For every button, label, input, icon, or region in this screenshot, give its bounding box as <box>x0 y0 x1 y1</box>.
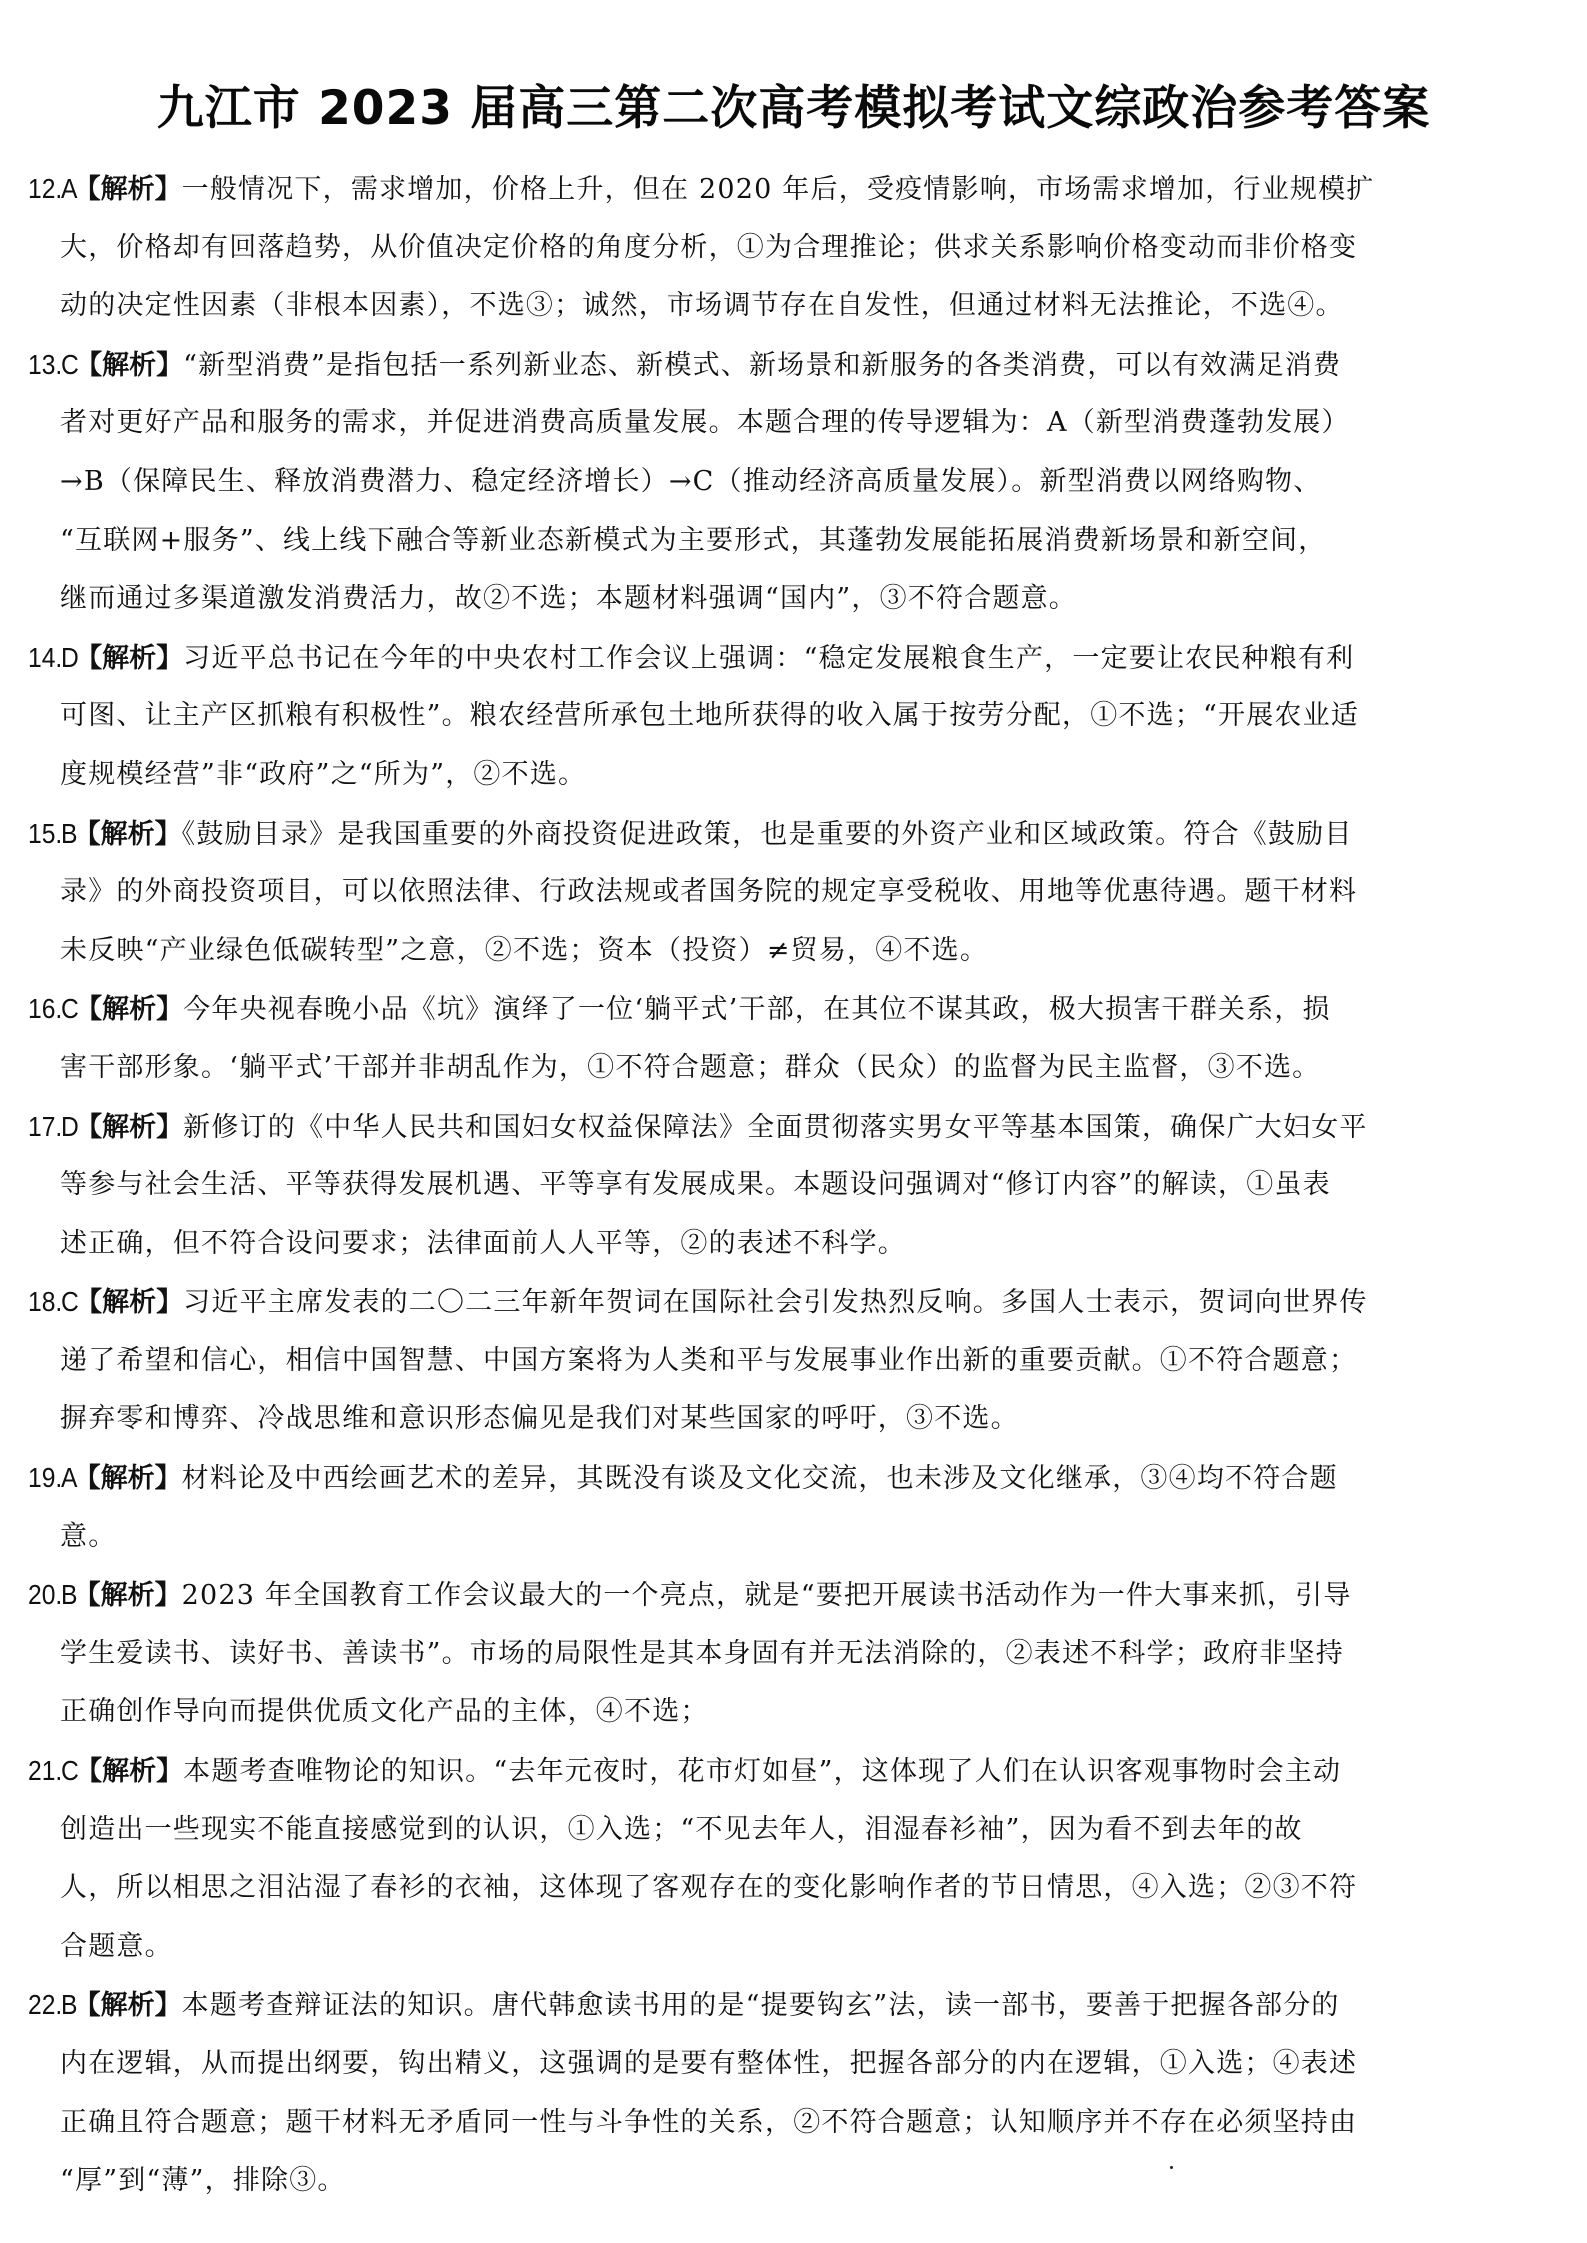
answer-line: 正确创作导向而提供优质文化产品的主体，④不选； <box>0 1683 1587 1742</box>
answer-choice: B <box>61 1566 77 1625</box>
answer-line: 者对更好产品和服务的需求，并促进消费高质量发展。本题合理的传导逻辑为：A（新型消… <box>0 394 1587 453</box>
answer-line: 等参与社会生活、平等获得发展机遇、平等享有发展成果。本题设问强调对“修订内容”的… <box>0 1156 1587 1215</box>
analysis-tag: 【解析】 <box>75 1112 183 1143</box>
question-number: 15. <box>28 805 62 864</box>
answer-item-13: 13.C【解析】“新型消费”是指包括一系列新业态、新模式、新场景和新服务的各类消… <box>0 336 1587 629</box>
answer-choice: A <box>61 1449 77 1508</box>
answer-line: 14.D【解析】习近平总书记在今年的中央农村工作会议上强调：“稳定发展粮食生产，… <box>0 629 1587 688</box>
answer-choice: D <box>61 1098 79 1157</box>
answer-item-19: 19.A【解析】材料论及中西绘画艺术的差异，其既没有谈及文化交流，也未涉及文化继… <box>0 1449 1587 1566</box>
analysis-tag: 【解析】 <box>74 1990 182 2021</box>
answer-item-18: 18.C【解析】习近平主席发表的二〇二三年新年贺词在国际社会引发热烈反响。多国人… <box>0 1273 1587 1449</box>
analysis-tag: 【解析】 <box>74 819 182 850</box>
question-number: 19. <box>28 1449 62 1508</box>
answer-line: 述正确，但不符合设问要求；法律面前人人平等，②的表述不科学。 <box>0 1215 1587 1274</box>
answer-line: 学生爱读书、读好书、善读书”。市场的局限性是其本身固有并无法消除的，②表述不科学… <box>0 1625 1587 1684</box>
question-number: 18. <box>28 1273 62 1332</box>
analysis-tag: 【解析】 <box>74 1580 182 1611</box>
answer-line: 人，所以相思之泪沾湿了春衫的衣袖，这体现了客观存在的变化影响作者的节日情思，④入… <box>0 1859 1587 1918</box>
answer-item-21: 21.C【解析】本题考查唯物论的知识。“去年元夜时，花市灯如昼”，这体现了人们在… <box>0 1742 1587 1976</box>
question-number: 14. <box>28 629 62 688</box>
question-number: 12. <box>28 160 62 219</box>
answer-text: 2023 年全国教育工作会议最大的一个亮点，就是“要把开展读书活动作为一件大事来… <box>182 1580 1352 1611</box>
answer-line: 18.C【解析】习近平主席发表的二〇二三年新年贺词在国际社会引发热烈反响。多国人… <box>0 1273 1587 1332</box>
answer-item-14: 14.D【解析】习近平总书记在今年的中央农村工作会议上强调：“稳定发展粮食生产，… <box>0 629 1587 805</box>
answer-line: 内在逻辑，从而提出纲要，钩出精义，这强调的是要有整体性，把握各部分的内在逻辑，①… <box>0 2035 1587 2094</box>
answer-line: “互联网+服务”、线上线下融合等新业态新模式为主要形式，其蓬勃发展能拓展消费新场… <box>0 512 1587 571</box>
answer-text: “新型消费”是指包括一系列新业态、新模式、新场景和新服务的各类消费，可以有效满足… <box>183 350 1341 381</box>
answer-text: 新修订的《中华人民共和国妇女权益保障法》全面贯彻落实男女平等基本国策，确保广大妇… <box>183 1112 1367 1143</box>
answer-line: 摒弃零和博弈、冷战思维和意识形态偏见是我们对某些国家的呼吁，③不选。 <box>0 1390 1587 1449</box>
answer-line: 16.C【解析】今年央视春晚小品《坑》演绎了一位‘躺平式’干部，在其位不谋其政，… <box>0 980 1587 1039</box>
question-number: 20. <box>28 1566 62 1625</box>
analysis-tag: 【解析】 <box>74 1463 182 1494</box>
answer-line: 度规模经营”非“政府”之“所为”，②不选。 <box>0 746 1587 805</box>
answer-item-20: 20.B【解析】2023 年全国教育工作会议最大的一个亮点，就是“要把开展读书活… <box>0 1566 1587 1742</box>
answer-line: 21.C【解析】本题考查唯物论的知识。“去年元夜时，花市灯如昼”，这体现了人们在… <box>0 1742 1587 1801</box>
answer-text: 习近平主席发表的二〇二三年新年贺词在国际社会引发热烈反响。多国人士表示，贺词向世… <box>183 1287 1367 1318</box>
answer-item-15: 15.B【解析】《鼓励目录》是我国重要的外商投资促进政策，也是重要的外资产业和区… <box>0 805 1587 981</box>
answer-line: 17.D【解析】新修订的《中华人民共和国妇女权益保障法》全面贯彻落实男女平等基本… <box>0 1098 1587 1157</box>
answer-choice: C <box>61 1742 79 1801</box>
answer-line: 创造出一些现实不能直接感觉到的认识，①入选；“不见去年人，泪湿春衫袖”，因为看不… <box>0 1801 1587 1860</box>
answer-line: 未反映“产业绿色低碳转型”之意，②不选；资本（投资）≠贸易，④不选。 <box>0 922 1587 981</box>
answer-text: 材料论及中西绘画艺术的差异，其既没有谈及文化交流，也未涉及文化继承，③④均不符合… <box>182 1463 1338 1494</box>
answer-item-17: 17.D【解析】新修订的《中华人民共和国妇女权益保障法》全面贯彻落实男女平等基本… <box>0 1098 1587 1274</box>
answer-choice: C <box>61 336 79 395</box>
analysis-tag: 【解析】 <box>75 643 183 674</box>
question-number: 21. <box>28 1742 62 1801</box>
question-number: 13. <box>28 336 62 395</box>
answer-item-12: 12.A【解析】一般情况下，需求增加，价格上升，但在 2020 年后，受疫情影响… <box>0 160 1587 336</box>
question-number: 17. <box>28 1098 62 1157</box>
answer-choice: C <box>61 980 79 1039</box>
answer-line: 正确且符合题意；题干材料无矛盾同一性与斗争性的关系，②不符合题意；认知顺序并不存… <box>0 2094 1587 2153</box>
answer-text: 《鼓励目录》是我国重要的外商投资促进政策，也是重要的外资产业和区域政策。符合《鼓… <box>182 819 1353 850</box>
answer-line: 22.B【解析】本题考查辩证法的知识。唐代韩愈读书用的是“提要钩玄”法，读一部书… <box>0 1976 1587 2035</box>
answer-line: 15.B【解析】《鼓励目录》是我国重要的外商投资促进政策，也是重要的外资产业和区… <box>0 805 1587 864</box>
answer-line: →B（保障民生、释放消费潜力、稳定经济增长）→C（推动经济高质量发展）。新型消费… <box>0 453 1587 512</box>
answer-text: 本题考查辩证法的知识。唐代韩愈读书用的是“提要钩玄”法，读一部书，要善于把握各部… <box>182 1990 1340 2021</box>
answer-line: 意。 <box>0 1508 1587 1567</box>
answer-text: 习近平总书记在今年的中央农村工作会议上强调：“稳定发展粮食生产，一定要让农民种粮… <box>183 643 1354 674</box>
analysis-tag: 【解析】 <box>75 994 183 1025</box>
answer-choice: D <box>61 629 79 688</box>
analysis-tag: 【解析】 <box>75 1756 183 1787</box>
answer-line: 继而通过多渠道激发消费活力，故②不选；本题材料强调“国内”，③不符合题意。 <box>0 570 1587 629</box>
answer-text: 一般情况下，需求增加，价格上升，但在 2020 年后，受疫情影响，市场需求增加，… <box>182 174 1375 205</box>
answer-line: 大，价格却有回落趋势，从价值决定价格的角度分析，①为合理推论；供求关系影响价格变… <box>0 219 1587 278</box>
answer-choice: B <box>61 1976 77 2035</box>
answer-choice: B <box>61 805 77 864</box>
answer-line: 可图、让主产区抓粮有积极性”。粮农经营所承包土地所获得的收入属于按劳分配，①不选… <box>0 687 1587 746</box>
scan-speck <box>1170 2166 1173 2169</box>
answer-list: 12.A【解析】一般情况下，需求增加，价格上升，但在 2020 年后，受疫情影响… <box>0 160 1587 2211</box>
answer-line: 20.B【解析】2023 年全国教育工作会议最大的一个亮点，就是“要把开展读书活… <box>0 1566 1587 1625</box>
answer-line: 递了希望和信心，相信中国智慧、中国方案将为人类和平与发展事业作出新的重要贡献。①… <box>0 1332 1587 1391</box>
answer-line: 12.A【解析】一般情况下，需求增加，价格上升，但在 2020 年后，受疫情影响… <box>0 160 1587 219</box>
answer-line: 13.C【解析】“新型消费”是指包括一系列新业态、新模式、新场景和新服务的各类消… <box>0 336 1587 395</box>
answer-text: 今年央视春晚小品《坑》演绎了一位‘躺平式’干部，在其位不谋其政，极大损害干群关系… <box>183 994 1331 1025</box>
answer-line: 录》的外商投资项目，可以依照法律、行政法规或者国务院的规定享受税收、用地等优惠待… <box>0 863 1587 922</box>
answer-choice: A <box>61 160 77 219</box>
analysis-tag: 【解析】 <box>75 350 183 381</box>
answer-line: 合题意。 <box>0 1918 1587 1977</box>
answer-line: “厚”到“薄”，排除③。 <box>0 2152 1587 2211</box>
analysis-tag: 【解析】 <box>74 174 182 205</box>
answer-choice: C <box>61 1273 79 1332</box>
answer-item-22: 22.B【解析】本题考查辩证法的知识。唐代韩愈读书用的是“提要钩玄”法，读一部书… <box>0 1976 1587 2210</box>
answer-line: 动的决定性因素（非根本因素），不选③；诚然，市场调节存在自发性，但通过材料无法推… <box>0 277 1587 336</box>
answer-line: 19.A【解析】材料论及中西绘画艺术的差异，其既没有谈及文化交流，也未涉及文化继… <box>0 1449 1587 1508</box>
analysis-tag: 【解析】 <box>75 1287 183 1318</box>
answer-text: 本题考查唯物论的知识。“去年元夜时，花市灯如昼”，这体现了人们在认识客观事物时会… <box>183 1756 1341 1787</box>
answer-line: 害干部形象。‘躺平式’干部并非胡乱作为，①不符合题意；群众（民众）的监督为民主监… <box>0 1039 1587 1098</box>
question-number: 22. <box>28 1976 62 2035</box>
page-title: 九江市 2023 届高三第二次高考模拟考试文综政治参考答案 <box>0 79 1587 139</box>
answer-item-16: 16.C【解析】今年央视春晚小品《坑》演绎了一位‘躺平式’干部，在其位不谋其政，… <box>0 980 1587 1097</box>
question-number: 16. <box>28 980 62 1039</box>
